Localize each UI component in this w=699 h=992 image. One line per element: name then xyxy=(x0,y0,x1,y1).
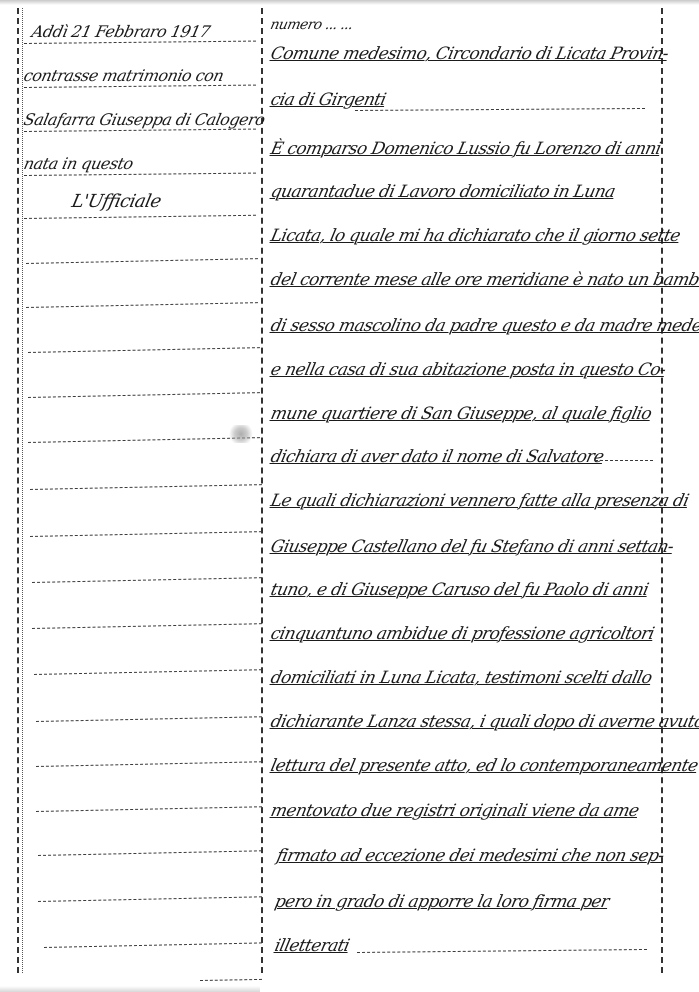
text-line: Giuseppe Castellano del fu Stefano di an… xyxy=(269,539,675,556)
text-line: numero ... ... xyxy=(269,18,354,32)
text-line: domiciliati in Luna Licata, testimoni sc… xyxy=(269,670,653,687)
ink-smudge xyxy=(228,425,254,443)
ruled-line xyxy=(357,949,647,953)
ruled-line xyxy=(24,41,256,44)
ruled-line xyxy=(38,896,262,902)
text-line: mune quartiere di San Giuseppe, al quale… xyxy=(269,406,653,423)
ruled-line xyxy=(24,129,256,132)
ruled-line xyxy=(30,484,262,490)
ruled-line xyxy=(38,850,262,856)
ruled-line xyxy=(28,437,260,443)
ruled-line xyxy=(36,761,262,767)
ruled-line xyxy=(34,669,262,675)
ruled-line xyxy=(44,942,262,948)
text-line: Licata, lo quale mi ha dichiarato che il… xyxy=(269,228,681,245)
text-line: cia di Girgenti xyxy=(269,92,387,109)
ruled-line xyxy=(595,460,653,461)
ruled-line xyxy=(24,85,256,88)
text-line: Comune medesimo, Circondario di Licata P… xyxy=(269,46,670,63)
ruled-line xyxy=(32,623,262,629)
ruled-line xyxy=(36,716,262,722)
margin-annotation-column: Addì 21 Febbraro 1917 contrasse matrimon… xyxy=(20,10,260,970)
text-line: È comparso Domenico Lussio fu Lorenzo di… xyxy=(269,141,662,158)
text-line: di sesso mascolino da padre questo e da … xyxy=(269,318,699,335)
text-line: firmato ad eccezione dei medesimi che no… xyxy=(275,848,665,865)
ruled-line xyxy=(30,531,262,537)
birth-act-text-column: numero ... ... Comune medesimo, Circonda… xyxy=(265,6,659,966)
text-line: mentovato due registri originali viene d… xyxy=(269,803,640,820)
ruled-line xyxy=(24,215,256,219)
text-line: pero in grado di apporre la loro firma p… xyxy=(273,894,610,911)
ruled-line xyxy=(32,577,262,583)
text-line: Le quali dichiarazioni vennero fatte all… xyxy=(269,493,690,510)
ruled-line xyxy=(28,347,260,353)
ruled-line xyxy=(26,302,258,308)
text-line: quarantadue di Lavoro domiciliato in Lun… xyxy=(269,184,616,201)
ruled-line xyxy=(355,108,645,111)
text-line: e nella casa di sua abitazione posta in … xyxy=(269,362,667,379)
margin-line-born-here: nata in questo xyxy=(22,156,134,172)
margin-line-spouse: Salafarra Giuseppa di Calogero xyxy=(22,112,266,128)
margin-line-date: Addì 21 Febbraro 1917 xyxy=(30,24,211,40)
official-signature: L'Ufficiale xyxy=(70,193,162,211)
text-line: dichiarante Lanza stessa, i quali dopo d… xyxy=(269,714,699,731)
ruled-line xyxy=(28,392,260,398)
margin-line-marriage: contrasse matrimonio con xyxy=(22,68,225,84)
text-line: tuno, e di Giuseppe Caruso del fu Paolo … xyxy=(269,582,650,599)
text-line: cinquantuno ambidue di professione agric… xyxy=(269,626,655,643)
ruled-line xyxy=(200,979,262,981)
ruled-line xyxy=(36,806,262,812)
scan-top-edge xyxy=(0,0,699,5)
scan-bottom-edge xyxy=(0,986,260,992)
text-line: dichiara di aver dato il nome di Salvato… xyxy=(269,449,605,466)
text-line: del corrente mese alle ore meridiane è n… xyxy=(269,272,699,289)
ruled-line xyxy=(26,258,258,264)
ruled-line xyxy=(24,173,256,176)
text-line: lettura del presente atto, ed lo contemp… xyxy=(269,758,699,775)
text-line: illetterati xyxy=(273,938,351,955)
